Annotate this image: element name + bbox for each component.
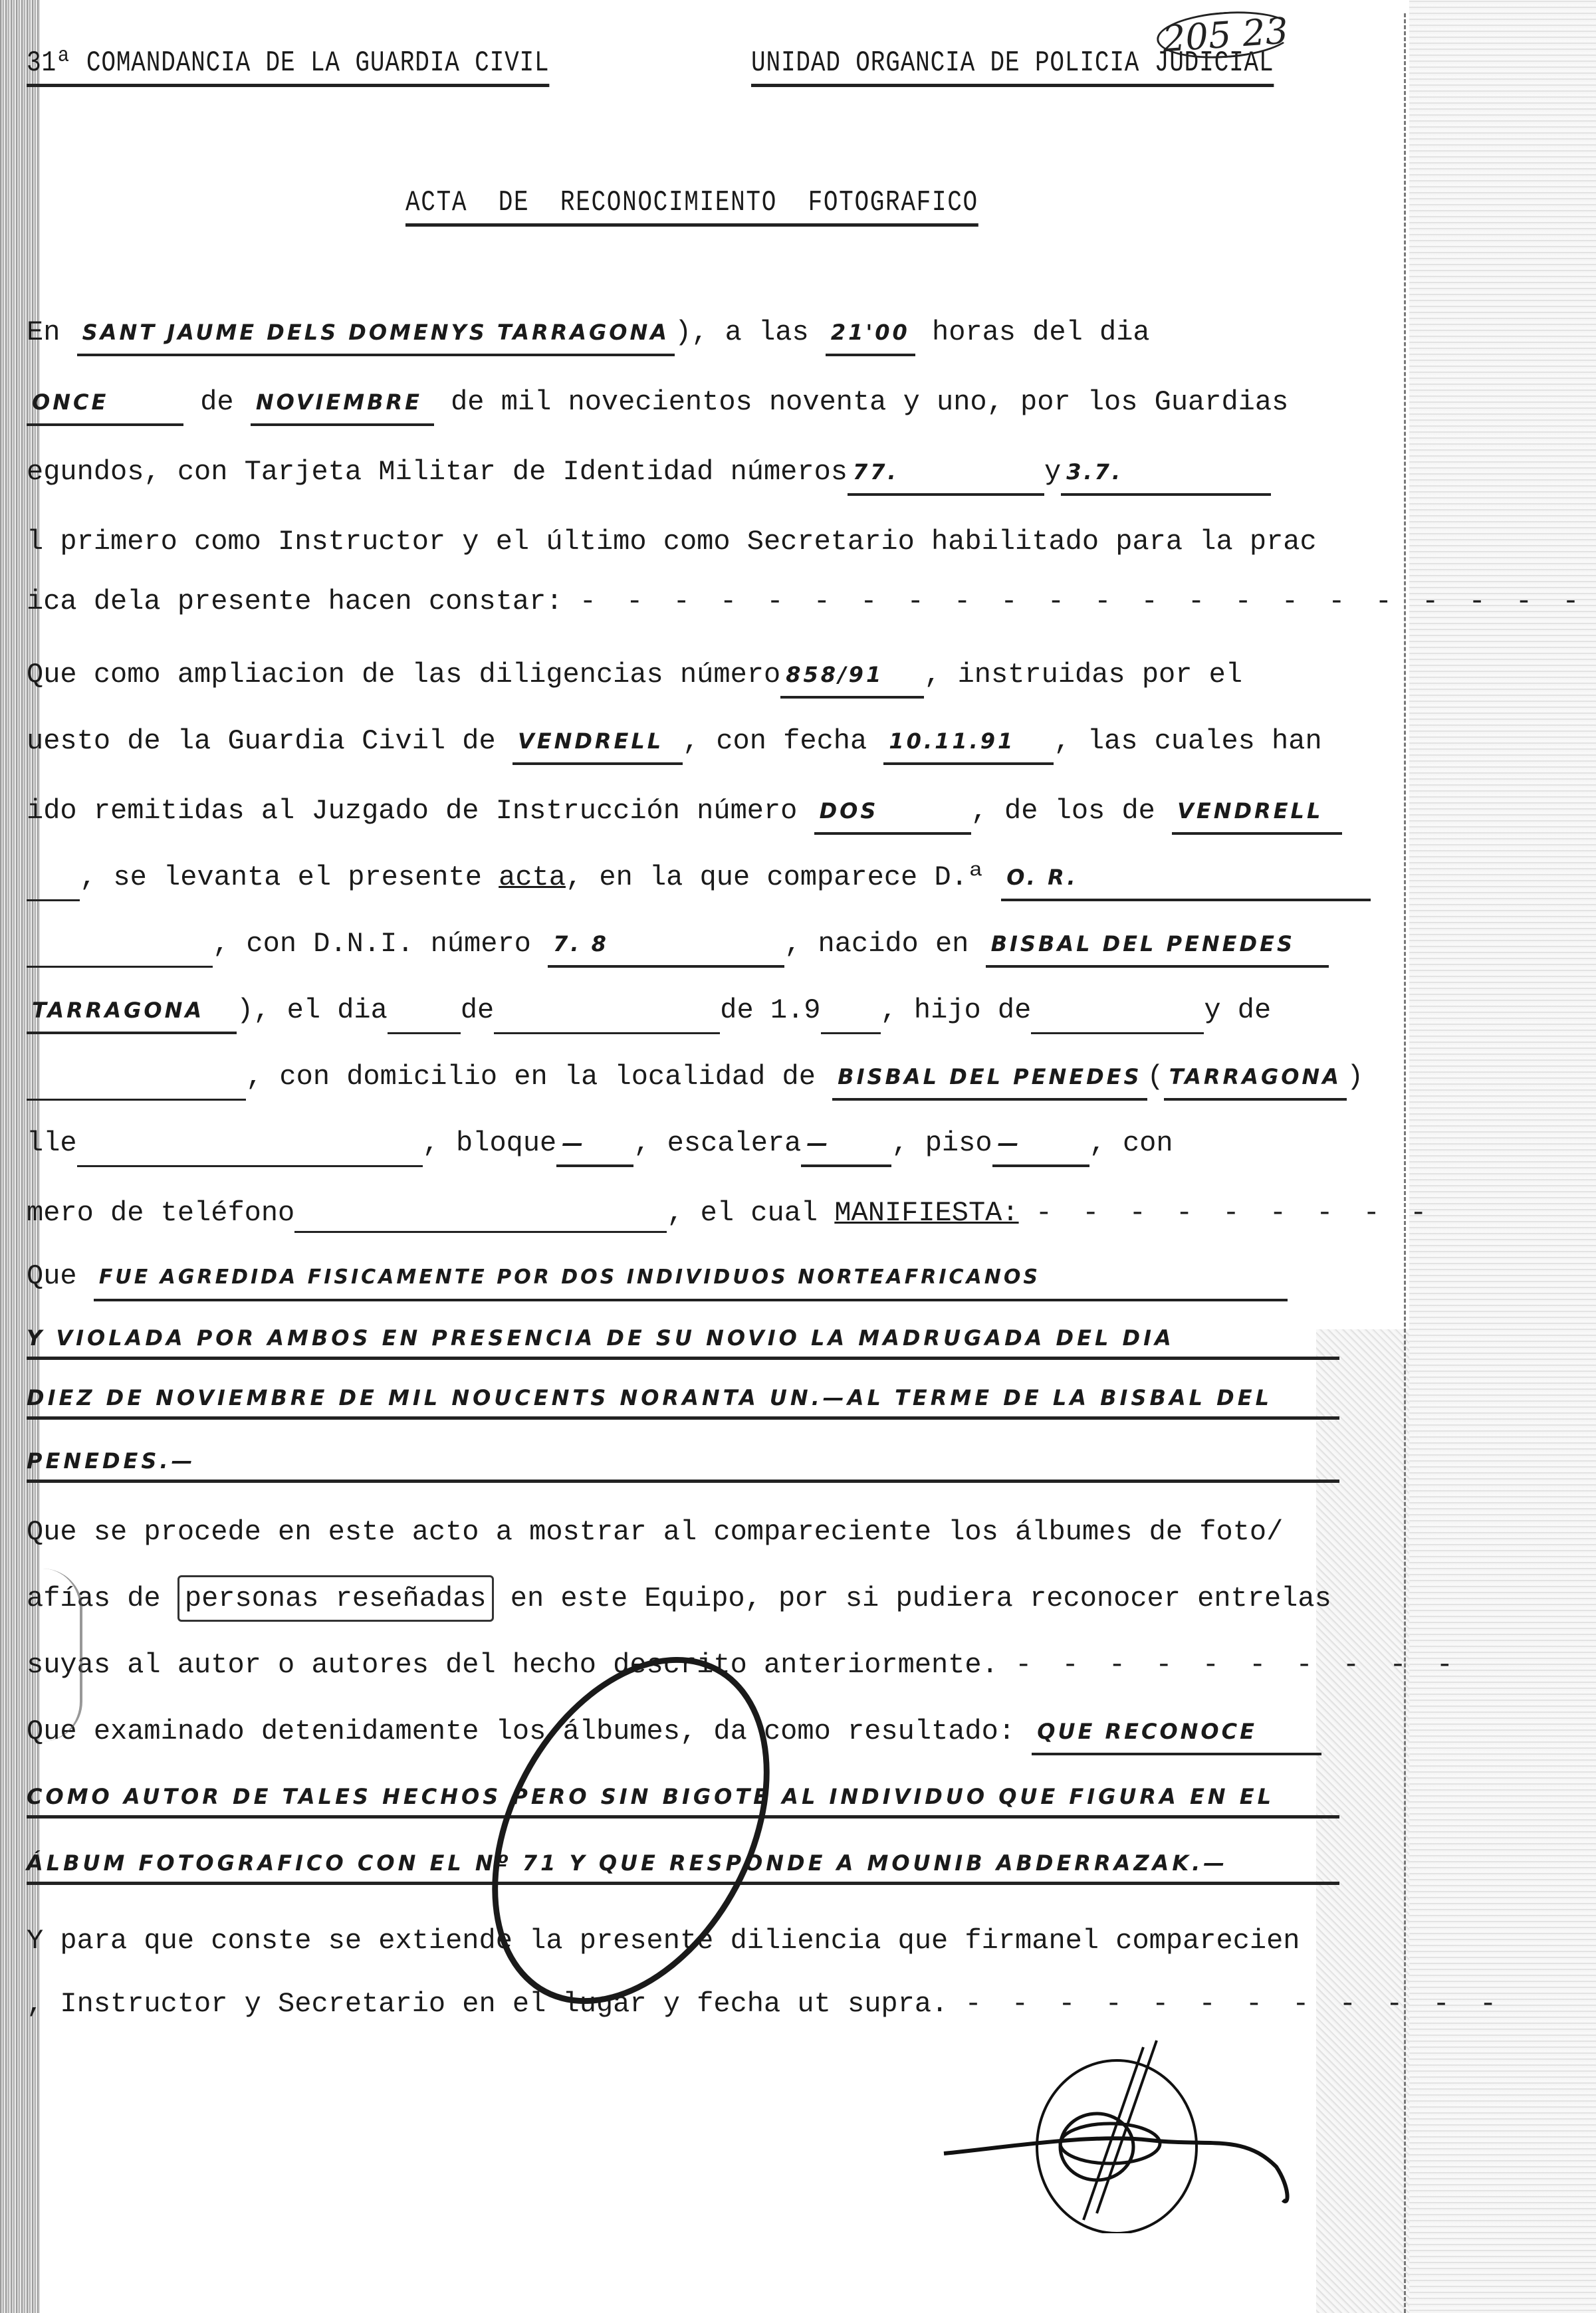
header-comandancia: 31ª COMANDANCIA DE LA GUARDIA CIVIL bbox=[27, 47, 550, 87]
field-domicilio: Bisbal del Penedes bbox=[832, 1057, 1147, 1101]
declaracion-line-3: diez de noviembre de mil noucents norant… bbox=[27, 1379, 1339, 1420]
body-line-10: , con D.N.I. número 7. 8, nacido en Bisb… bbox=[27, 924, 1336, 968]
field-id-secretario: 3.7. bbox=[1061, 452, 1271, 496]
field-compareciente: O. R. bbox=[1001, 857, 1371, 901]
document-title: ACTA DE RECONOCIMIENTO FOTOGRAFICO bbox=[405, 186, 978, 227]
field-dni: 7. 8 bbox=[548, 924, 784, 968]
body-line-6: Que como ampliacion de las diligencias n… bbox=[27, 655, 1336, 699]
handwritten-folio: 205 23 bbox=[1155, 7, 1296, 62]
field-puesto: Vendrell bbox=[513, 721, 683, 765]
declaracion-line-4: Penedes.— bbox=[27, 1442, 1339, 1483]
field-id-instructor: 77. bbox=[848, 452, 1044, 496]
stamp-personas-resenadas: personas reseñadas bbox=[177, 1575, 494, 1622]
manifiesta-label: MANIFIESTA: bbox=[834, 1197, 1018, 1229]
field-telefono bbox=[294, 1204, 667, 1233]
field-day: Once bbox=[27, 382, 183, 426]
body-line-3: egundos, con Tarjeta Militar de Identida… bbox=[27, 452, 1336, 496]
field-place: Sant Jaume dels Domenys Tarragona bbox=[77, 312, 675, 356]
body-line-7: uesto de la Guardia Civil de Vendrell, c… bbox=[27, 721, 1336, 765]
body-line-11: Tarragona), el diadede 1.9, hijo dey de bbox=[27, 990, 1336, 1034]
margin-fold-line bbox=[1404, 13, 1406, 2313]
margin-stamp bbox=[40, 1569, 82, 1741]
field-fecha: 10.11.91 bbox=[883, 721, 1054, 765]
field-nacido-provincia: Tarragona bbox=[27, 990, 237, 1034]
field-piso: — bbox=[992, 1123, 1089, 1167]
declaracion-line-2: y violada por ambos en presencia de su n… bbox=[27, 1319, 1339, 1360]
body-line-9: , se levanta el presente acta, en la que… bbox=[27, 857, 1336, 901]
body-line-1: En Sant Jaume dels Domenys Tarragona), a… bbox=[27, 312, 1336, 356]
field-juzgado-de: Vendrell bbox=[1172, 791, 1342, 835]
body-line-2: Once de Noviembre de mil novecientos nov… bbox=[27, 382, 1336, 426]
scan-right-margin bbox=[1409, 0, 1596, 2313]
field-bloque: — bbox=[556, 1123, 633, 1167]
body-line-13: lle, bloque—, escalera—, piso—, con bbox=[27, 1123, 1336, 1167]
closing-line-2: , Instructor y Secretario en el lugar y … bbox=[27, 1984, 1336, 2024]
field-juzgado: Dos bbox=[814, 791, 971, 835]
field-calle bbox=[77, 1139, 423, 1167]
body-line-12: , con domicilio en la localidad de Bisba… bbox=[27, 1057, 1336, 1101]
declaracion-line-1: Que Fue agredida fisicamente por dos ind… bbox=[27, 1256, 1336, 1301]
field-nacido-en: Bisbal del Penedes bbox=[986, 924, 1329, 968]
field-resultado: Que reconoce bbox=[1032, 1711, 1321, 1755]
procedure-line-2: afías de personas reseñadas en este Equi… bbox=[27, 1575, 1336, 1622]
body-line-4: l primero como Instructor y el último co… bbox=[27, 522, 1336, 562]
field-diligencias: 858/91 bbox=[780, 655, 924, 699]
body-line-8: ido remitidas al Juzgado de Instrucción … bbox=[27, 791, 1336, 835]
body-line-14: mero de teléfono, el cual MANIFIESTA: - … bbox=[27, 1193, 1336, 1233]
field-hour: 21'00 bbox=[826, 312, 915, 356]
signature bbox=[931, 2034, 1343, 2233]
closing-line-1: Y para que conste se extiende la present… bbox=[27, 1921, 1336, 1961]
procedure-line-1: Que se procede en este acto a mostrar al… bbox=[27, 1512, 1336, 1552]
body-line-5: ica dela presente hacen constar: - - - -… bbox=[27, 582, 1336, 621]
field-month: Noviembre bbox=[251, 382, 434, 426]
field-domicilio-provincia: Tarragona bbox=[1164, 1057, 1347, 1101]
field-escalera: — bbox=[801, 1123, 891, 1167]
